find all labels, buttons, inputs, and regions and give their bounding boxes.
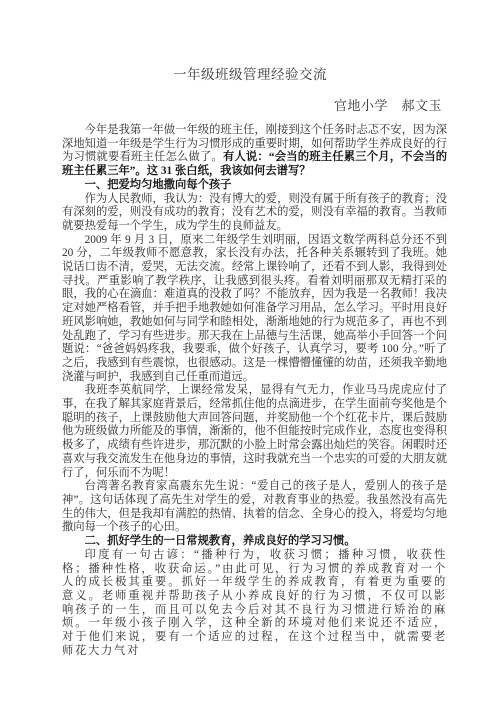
- text-segment: 我班李英航同学，上课经常发呆，显得有气无力，作业马马虎虎应付了事，在我了解其家庭…: [62, 384, 447, 478]
- section-heading: 一、把爱均匀地撒向每个孩子: [62, 179, 447, 193]
- document-byline: 官地小学 郝文玉: [0, 98, 500, 114]
- bold-text-segment: 一、把爱均匀地撒向每个孩子: [85, 179, 232, 191]
- text-segment: 台湾著名教育家高震东先生说：“爱自己的孩子是人，爱别人的孩子是神”。这句话体现了…: [62, 480, 447, 533]
- text-segment: 印度有一句古谚：“播种行为，收获习惯；播种习惯，收获性格；播种性格，收获命运。”…: [62, 549, 447, 657]
- scanned-document-page: 一年级班级管理经验交流 官地小学 郝文玉 今年是我第一年做一年级的班主任，刚接到…: [0, 0, 500, 707]
- document-body: 今年是我第一年做一年级的班主任，刚接到这个任务时忐忑不安，因为深深地知道一年级是…: [62, 124, 447, 658]
- paragraph: 我班李英航同学，上课经常发呆，显得有气无力，作业马马虎虎应付了事，在我了解其家庭…: [62, 384, 447, 480]
- text-segment: 2009 年 9 月 3 日，原来二年级学生刘明丽，因语文数学两科总分还不到 2…: [62, 234, 447, 383]
- section-heading: 二、抓好学生的一日常规教育，养成良好的学习习惯。: [62, 535, 447, 549]
- paragraph: 2009 年 9 月 3 日，原来二年级学生刘明丽，因语文数学两科总分还不到 2…: [62, 234, 447, 385]
- paragraph: 印度有一句古谚：“播种行为，收获习惯；播种习惯，收获性格；播种性格，收获命运。”…: [62, 549, 447, 659]
- paragraph: 作为人民教师，我认为：没有博大的爱，则没有属于所有孩子的教育；没有深刻的爱，则没…: [62, 193, 447, 234]
- text-segment: 作为人民教师，我认为：没有博大的爱，则没有属于所有孩子的教育；没有深刻的爱，则没…: [62, 193, 447, 232]
- paragraph: 今年是我第一年做一年级的班主任，刚接到这个任务时忐忑不安，因为深深地知道一年级是…: [62, 124, 447, 179]
- bold-text-segment: 二、抓好学生的一日常规教育，养成良好的学习习惯。: [85, 535, 356, 547]
- document-title: 一年级班级管理经验交流: [0, 0, 500, 84]
- paragraph: 台湾著名教育家高震东先生说：“爱自己的孩子是人，爱别人的孩子是神”。这句话体现了…: [62, 480, 447, 535]
